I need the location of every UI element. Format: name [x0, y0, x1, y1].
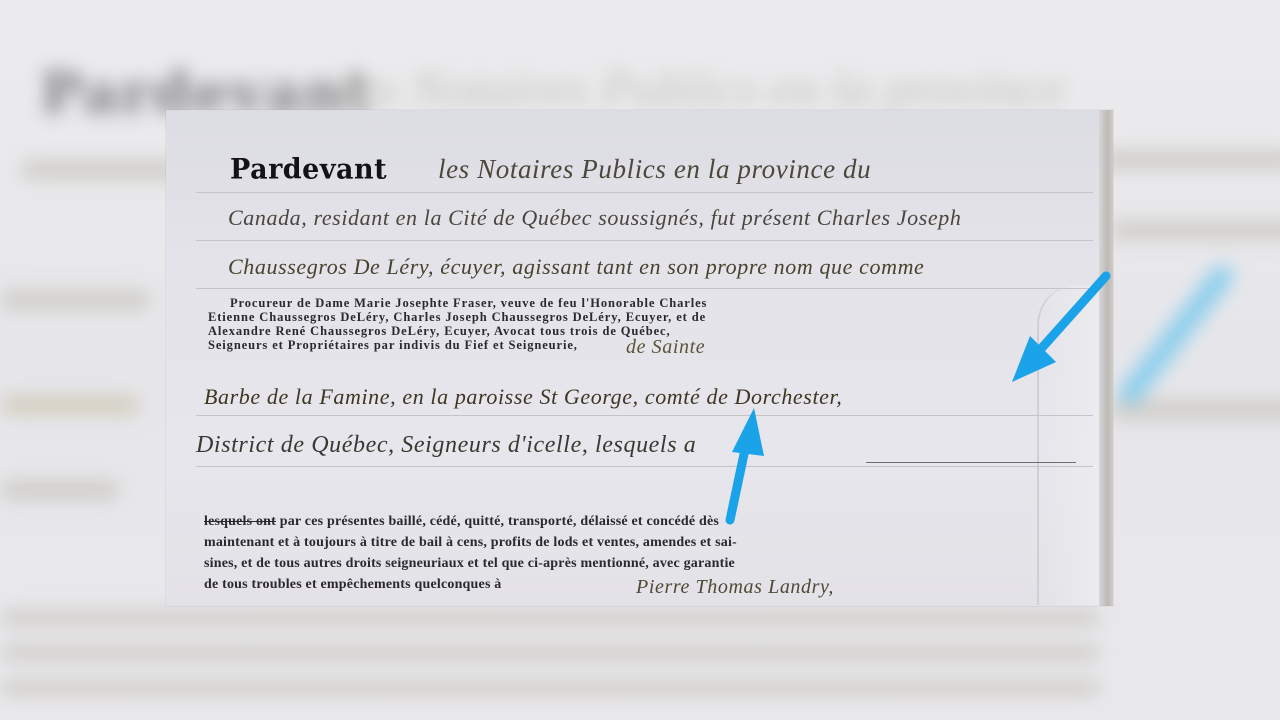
handwritten-line: Canada, residant en la Cité de Québec so… [228, 205, 961, 231]
printed-line: Procureur de Dame Marie Josephte Fraser,… [230, 296, 707, 311]
printed-line: lesquels ont par ces présentes baillé, c… [204, 514, 719, 530]
blurred-arrow [1115, 261, 1237, 409]
handwritten-line-location: Barbe de la Famine, en la paroisse St Ge… [204, 384, 842, 410]
blurred-text-line [0, 480, 120, 500]
blurred-text-line [0, 395, 140, 415]
page-edge [1099, 110, 1113, 606]
ruled-line [196, 415, 1093, 416]
printed-text: par ces présentes baillé, cédé, quitté, … [280, 514, 719, 529]
photo-stage: Pardevant les Notaires Publics en la pro… [0, 0, 1280, 720]
handwritten-line: les Notaires Publics en la province du [438, 154, 871, 185]
ruled-line [196, 240, 1093, 241]
blurred-text-line [0, 610, 1100, 626]
ruled-line [196, 466, 1093, 467]
blurred-text-line [1100, 150, 1280, 170]
printed-line: Seigneurs et Propriétaires par indivis d… [208, 338, 578, 353]
blurred-text-line [0, 645, 1100, 661]
handwritten-line-district: District de Québec, Seigneurs d'icelle, … [196, 432, 696, 459]
handwritten-line: de Sainte [626, 336, 705, 359]
printed-line: de tous troubles et empêchements quelcon… [204, 577, 502, 593]
printed-line: Alexandre René Chaussegros DeLéry, Ecuye… [208, 324, 671, 339]
struck-out-text: lesquels ont [204, 514, 276, 529]
blurred-text-line [0, 680, 1100, 696]
handwritten-line: Chaussegros De Léry, écuyer, agissant ta… [228, 254, 924, 280]
blurred-text-line [0, 290, 150, 310]
ruled-line [196, 288, 1093, 289]
notarial-deed-photo: Pardevant les Notaires Publics en la pro… [166, 110, 1113, 606]
printed-line: Etienne Chaussegros DeLéry, Charles Jose… [208, 310, 706, 325]
printed-line: maintenant et à toujours à titre de bail… [204, 535, 737, 551]
blank-fill-line [866, 462, 1076, 463]
printed-line: sines, et de tous autres droits seigneur… [204, 556, 735, 572]
page-curl [1037, 285, 1099, 605]
ruled-line [196, 192, 1093, 193]
deed-heading: Pardevant [230, 153, 387, 186]
blurred-text-line [1110, 220, 1280, 240]
handwritten-grantee-name: Pierre Thomas Landry, [636, 576, 834, 599]
